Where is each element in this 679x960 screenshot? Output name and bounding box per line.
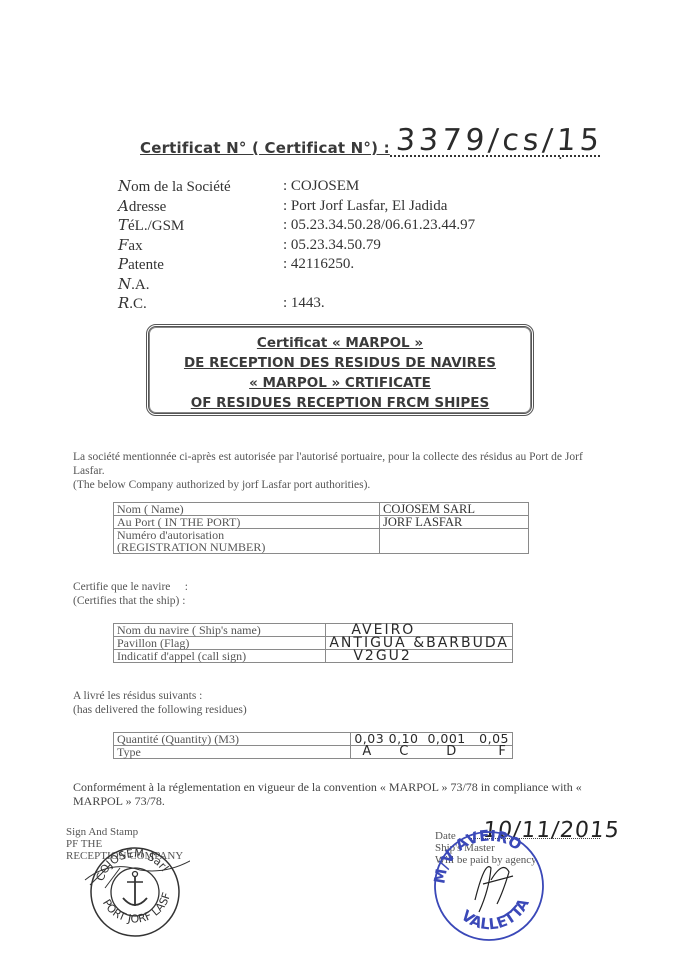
authorization-text-en: (The below Company authorized by jorf La… — [73, 478, 613, 492]
title-line-1: Certificat « MARPOL » — [257, 335, 423, 351]
certificate-number-label: Certificat N° ( Certificat N°) : — [140, 139, 390, 157]
info-row-fax: Fax : 05.23.34.50.79 — [118, 236, 475, 256]
residues-intro-en: (has delivered the following residues) — [73, 703, 247, 717]
info-value: : 1443. — [283, 294, 325, 314]
table-value: JORF LASFAR — [380, 516, 529, 529]
ship-intro-en: (Certifies that the ship) : — [73, 594, 188, 608]
company-info: Nom de la Société : COJOSEM Adresse : Po… — [118, 177, 475, 314]
info-row-rc: R.C. : 1443. — [118, 294, 475, 314]
authorization-paragraph: La société mentionnée ci-après est autor… — [73, 450, 613, 492]
svg-text:VALLETTA: VALLETTA — [458, 895, 533, 933]
title-line-3: « MARPOL » CRTIFICATE — [249, 375, 431, 391]
residues-intro: A livré les résidus suivants : (has deli… — [73, 689, 247, 717]
residue-types: ACDF — [351, 746, 513, 759]
info-value: : 42116250. — [283, 255, 354, 275]
table-label: Quantité (Quantity) (M3) — [114, 733, 351, 746]
table-label: Indicatif d'appel (call sign) — [114, 650, 326, 663]
aveiro-ship-stamp-icon: M/V AVEIRO VALLETTA — [427, 820, 547, 945]
certificate-number: Certificat N° ( Certificat N°) :3379/cs/… — [140, 137, 600, 157]
compliance-text: Conformément à la réglementation en vigu… — [73, 780, 593, 808]
certificate-title-box: Certificat « MARPOL » DE RECEPTION DES R… — [146, 324, 534, 416]
table-label: Nom ( Name) — [114, 503, 380, 516]
info-value: : 05.23.34.50.79 — [283, 236, 381, 256]
table-label: Pavillon (Flag) — [114, 637, 326, 650]
residues-table: Quantité (Quantity) (M3) 0,03 0,10 0,001… — [113, 732, 513, 759]
ship-table: Nom du navire ( Ship's name) AVEIRO Pavi… — [113, 623, 513, 663]
info-row-address: Adresse : Port Jorf Lasfar, El Jadida — [118, 197, 475, 217]
certificate-number-value: 3379/cs/15 — [395, 123, 604, 158]
marpol-certificate-page: Certificat N° ( Certificat N°) :3379/cs/… — [0, 0, 679, 960]
info-value: : 05.23.34.50.28/06.61.23.44.97 — [283, 216, 475, 236]
ship-callsign-value: V2GU2 — [326, 650, 513, 663]
svg-text:COJOSEM Sarl: COJOSEM Sarl — [93, 847, 171, 883]
table-label: Nom du navire ( Ship's name) — [114, 624, 326, 637]
authorization-text-fr: La société mentionnée ci-après est autor… — [73, 450, 613, 478]
table-row: Nom ( Name) COJOSEM SARL — [114, 503, 529, 516]
info-row-company-name: Nom de la Société : COJOSEM — [118, 177, 475, 197]
certificate-number-field: 3379/cs/15 — [390, 137, 600, 157]
table-row: Type ACDF — [114, 746, 513, 759]
info-row-na: N.A. — [118, 275, 475, 295]
title-line-4: OF RESIDUES RECEPTION FRCM SHIPES — [191, 395, 489, 411]
table-row: Pavillon (Flag) ANTIGUA &BARBUDA — [114, 637, 513, 650]
residues-intro-fr: A livré les résidus suivants : — [73, 689, 247, 703]
ship-intro: Certifie que le navire : (Certifies that… — [73, 580, 188, 608]
table-row: Indicatif d'appel (call sign) V2GU2 — [114, 650, 513, 663]
table-label: Numéro d'autorisation(REGISTRATION NUMBE… — [114, 529, 380, 554]
table-row: Numéro d'autorisation(REGISTRATION NUMBE… — [114, 529, 529, 554]
table-label: Au Port ( IN THE PORT) — [114, 516, 380, 529]
title-line-2: DE RECEPTION DES RESIDUS DE NAVIRES — [184, 355, 496, 371]
table-value: COJOSEM SARL — [380, 503, 529, 516]
table-label: Type — [114, 746, 351, 759]
ship-intro-fr: Certifie que le navire : — [73, 580, 188, 594]
company-table: Nom ( Name) COJOSEM SARL Au Port ( IN TH… — [113, 502, 529, 554]
table-value — [380, 529, 529, 554]
info-value: : COJOSEM — [283, 177, 359, 197]
info-row-patente: Patente : 42116250. — [118, 255, 475, 275]
info-value: : Port Jorf Lasfar, El Jadida — [283, 197, 447, 217]
table-row: Au Port ( IN THE PORT) JORF LASFAR — [114, 516, 529, 529]
certificate-number-tail: . — [558, 145, 563, 163]
cojosem-stamp-icon: COJOSEM Sarl PORT JORF LASFAR — [80, 840, 190, 940]
info-row-phone: TéL./GSM : 05.23.34.50.28/06.61.23.44.97 — [118, 216, 475, 236]
